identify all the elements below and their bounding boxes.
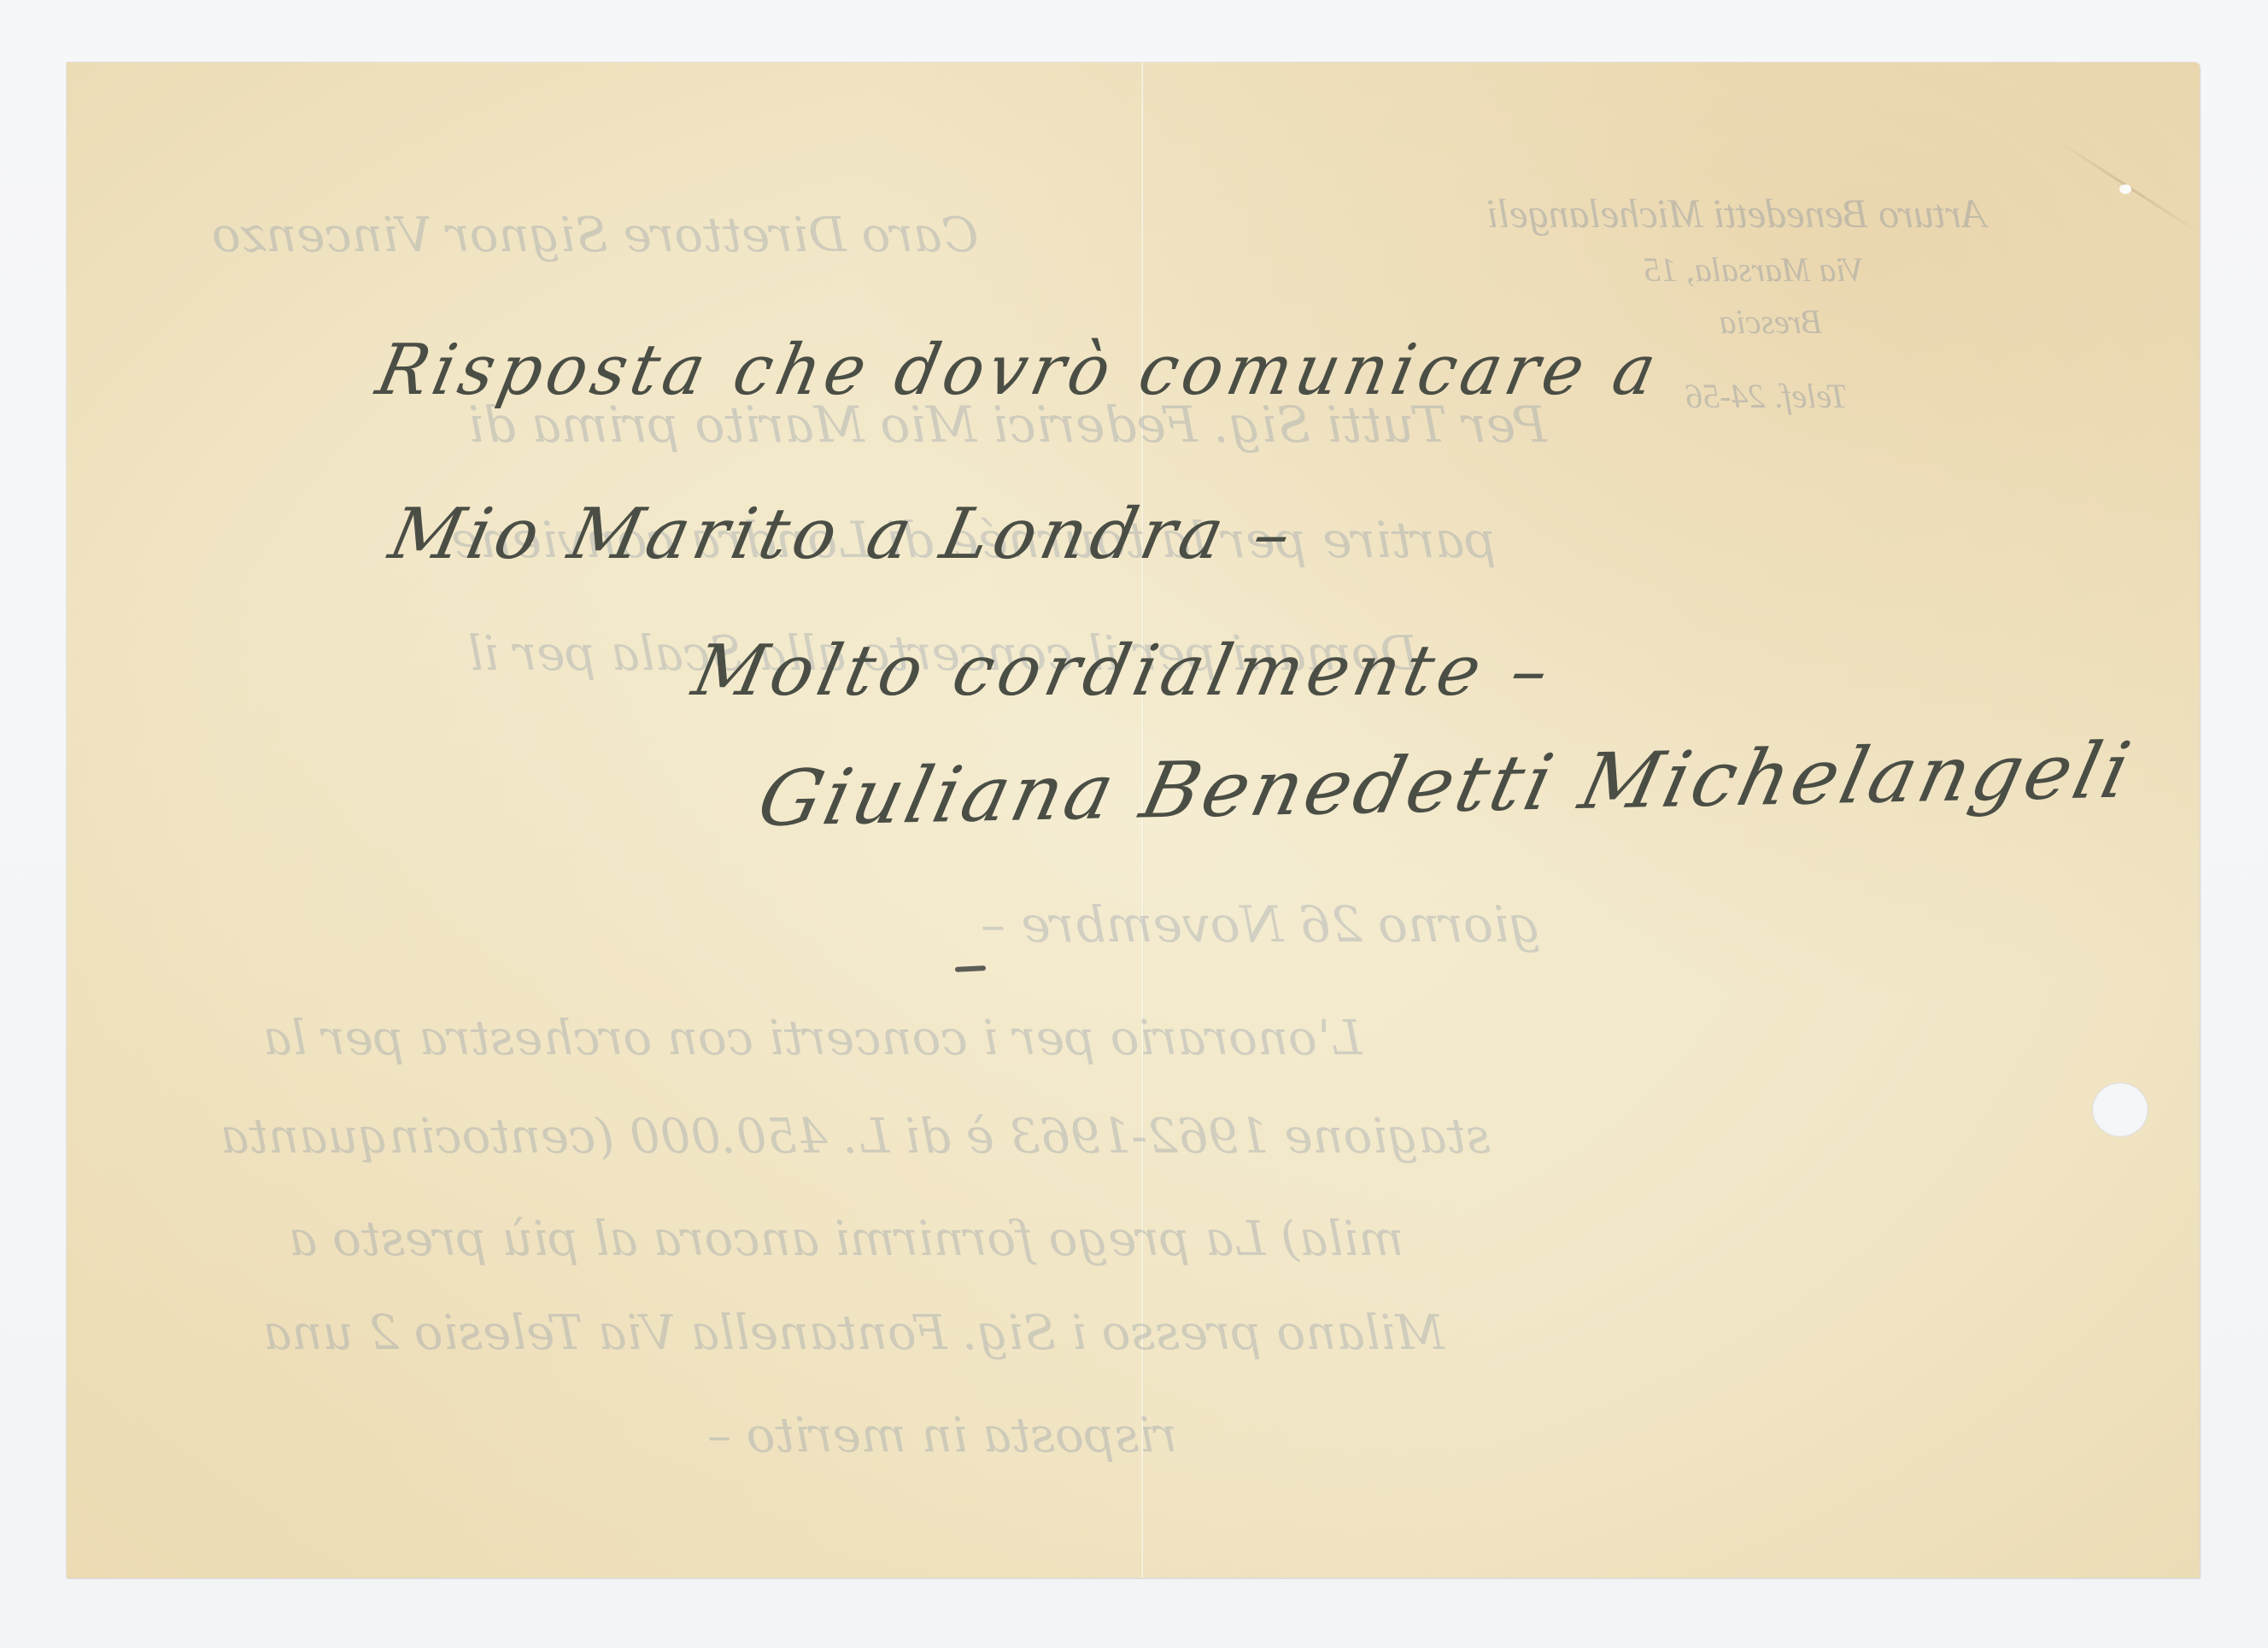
reverse-line: Milano presso i Sig. Fontanella Via Tele…	[263, 1305, 1445, 1361]
handwritten-signature: Giuliana Benedetti Michelangeli	[750, 726, 2142, 844]
punch-hole	[2092, 1082, 2148, 1137]
handwritten-line-3: Molto cordialmente –	[686, 630, 1561, 712]
reverse-line: stagione 1962-1963 è di L. 450.000 (cent…	[220, 1109, 1491, 1164]
letterhead-name: Arturo Benedetti Michelangeli	[1429, 191, 2044, 238]
letterhead-address: Via Marsala, 15	[1429, 249, 2078, 290]
closing-dash-mark	[955, 965, 986, 972]
letter-sheet: Arturo Benedetti Michelangeli Via Marsal…	[67, 62, 2200, 1578]
reverse-line: risposta in merito –	[707, 1408, 1177, 1463]
reverse-line: L'onorario per i concerti con orchestra …	[263, 1011, 1362, 1066]
handwritten-line-2: Mio Marito a Londra –	[383, 494, 1304, 575]
reverse-line: giorno 26 Novembre –	[981, 895, 1541, 953]
reverse-line: Caro Direttore Signor Vincenzo	[212, 208, 978, 263]
handwritten-line-1: Risposta che dovrò comunicare a	[370, 331, 1667, 412]
reverse-line: mila) La prego fornirmi ancora al più pr…	[289, 1211, 1404, 1267]
